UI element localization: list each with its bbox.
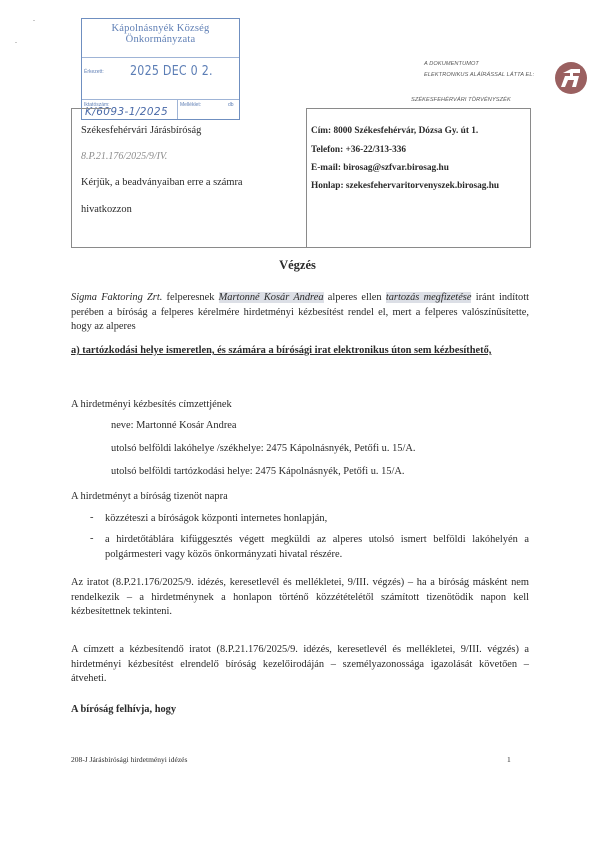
stamp-received-date: 2025 DEC 0 2.: [130, 63, 213, 79]
condition-a: a) tartózkodási helye ismeretlen, és szá…: [71, 344, 529, 359]
esign-line2: ELEKTRONIKUS ALÁÍRÁSSAL LÁTTA EL:: [424, 72, 534, 78]
plaintiff-name: Sigma Faktoring Zrt.: [71, 292, 162, 303]
publication-heading: A hirdetményt a bíróság tizenöt napra: [71, 490, 529, 505]
recipient-heading: A hirdetményi kézbesítés címzettjének: [71, 398, 529, 413]
publication-item: a hirdetőtáblára kifüggesztés végett meg…: [105, 533, 529, 562]
reference-note: Kérjük, a beadványaiban erre a számra: [81, 177, 243, 188]
stamp-divider: [82, 57, 239, 58]
recipient-name: neve: Martonné Kosár Andrea: [111, 420, 237, 431]
bullet-dash: -: [90, 533, 93, 544]
court-email[interactable]: E-mail: birosag@szfvar.birosag.hu: [311, 163, 449, 173]
esign-court: SZÉKESFEHÉRVÁRI TÖRVÉNYSZÉK: [411, 97, 511, 103]
delivery-paragraph: Az iratot (8.P.21.176/2025/9. idézés, ke…: [71, 576, 529, 620]
bullet-dash: -: [90, 512, 93, 523]
intro-paragraph: Sigma Faktoring Zrt. felperesnek Martonn…: [71, 291, 529, 335]
court-website[interactable]: Honlap: szekesfehervaritorvenyszek.biros…: [311, 181, 499, 191]
reference-note-cont: hivatkozzon: [81, 204, 132, 215]
court-logo-icon: [554, 61, 588, 95]
court-name: Székesfehérvári Járásbíróság: [81, 125, 201, 136]
registration-stamp: Kápolnásnyék Község Önkormányzata Érkeze…: [81, 18, 240, 120]
page-number: 1: [507, 755, 511, 764]
esign-line1: A DOKUMENTUMOT: [424, 61, 479, 67]
scan-speck: [15, 42, 17, 43]
stamp-institution: Kápolnásnyék Község Önkormányzata: [82, 23, 239, 45]
case-number: 8.P.21.176/2025/9/IV.: [81, 151, 167, 162]
scan-speck: [33, 20, 35, 21]
recipient-stay: utolsó belföldi tartózkodási helye: 2475…: [111, 466, 405, 477]
collection-paragraph: A címzett a kézbesítendő iratot (8.P.21.…: [71, 643, 529, 687]
stamp-received-label: Érkezett:: [84, 69, 104, 75]
footer-form-name: 208-J Járásbírósági hirdetményi idézés: [71, 755, 187, 764]
closing-heading: A bíróság felhívja, hogy: [71, 703, 529, 718]
document-title: Végzés: [0, 258, 595, 273]
court-phone: Telefon: +36-22/313-336: [311, 145, 406, 155]
header-divider: [306, 108, 307, 247]
publication-item: közzéteszi a bíróságok központi internet…: [105, 512, 529, 527]
court-address: Cím: 8000 Székesfehérvár, Dózsa Gy. út 1…: [311, 126, 478, 136]
stamp-divider: [82, 99, 239, 100]
case-subject: tartozás megfizetése: [386, 292, 472, 303]
recipient-residence: utolsó belföldi lakóhelye /székhelye: 24…: [111, 443, 415, 454]
defendant-name: Martonné Kosár Andrea: [219, 292, 324, 303]
